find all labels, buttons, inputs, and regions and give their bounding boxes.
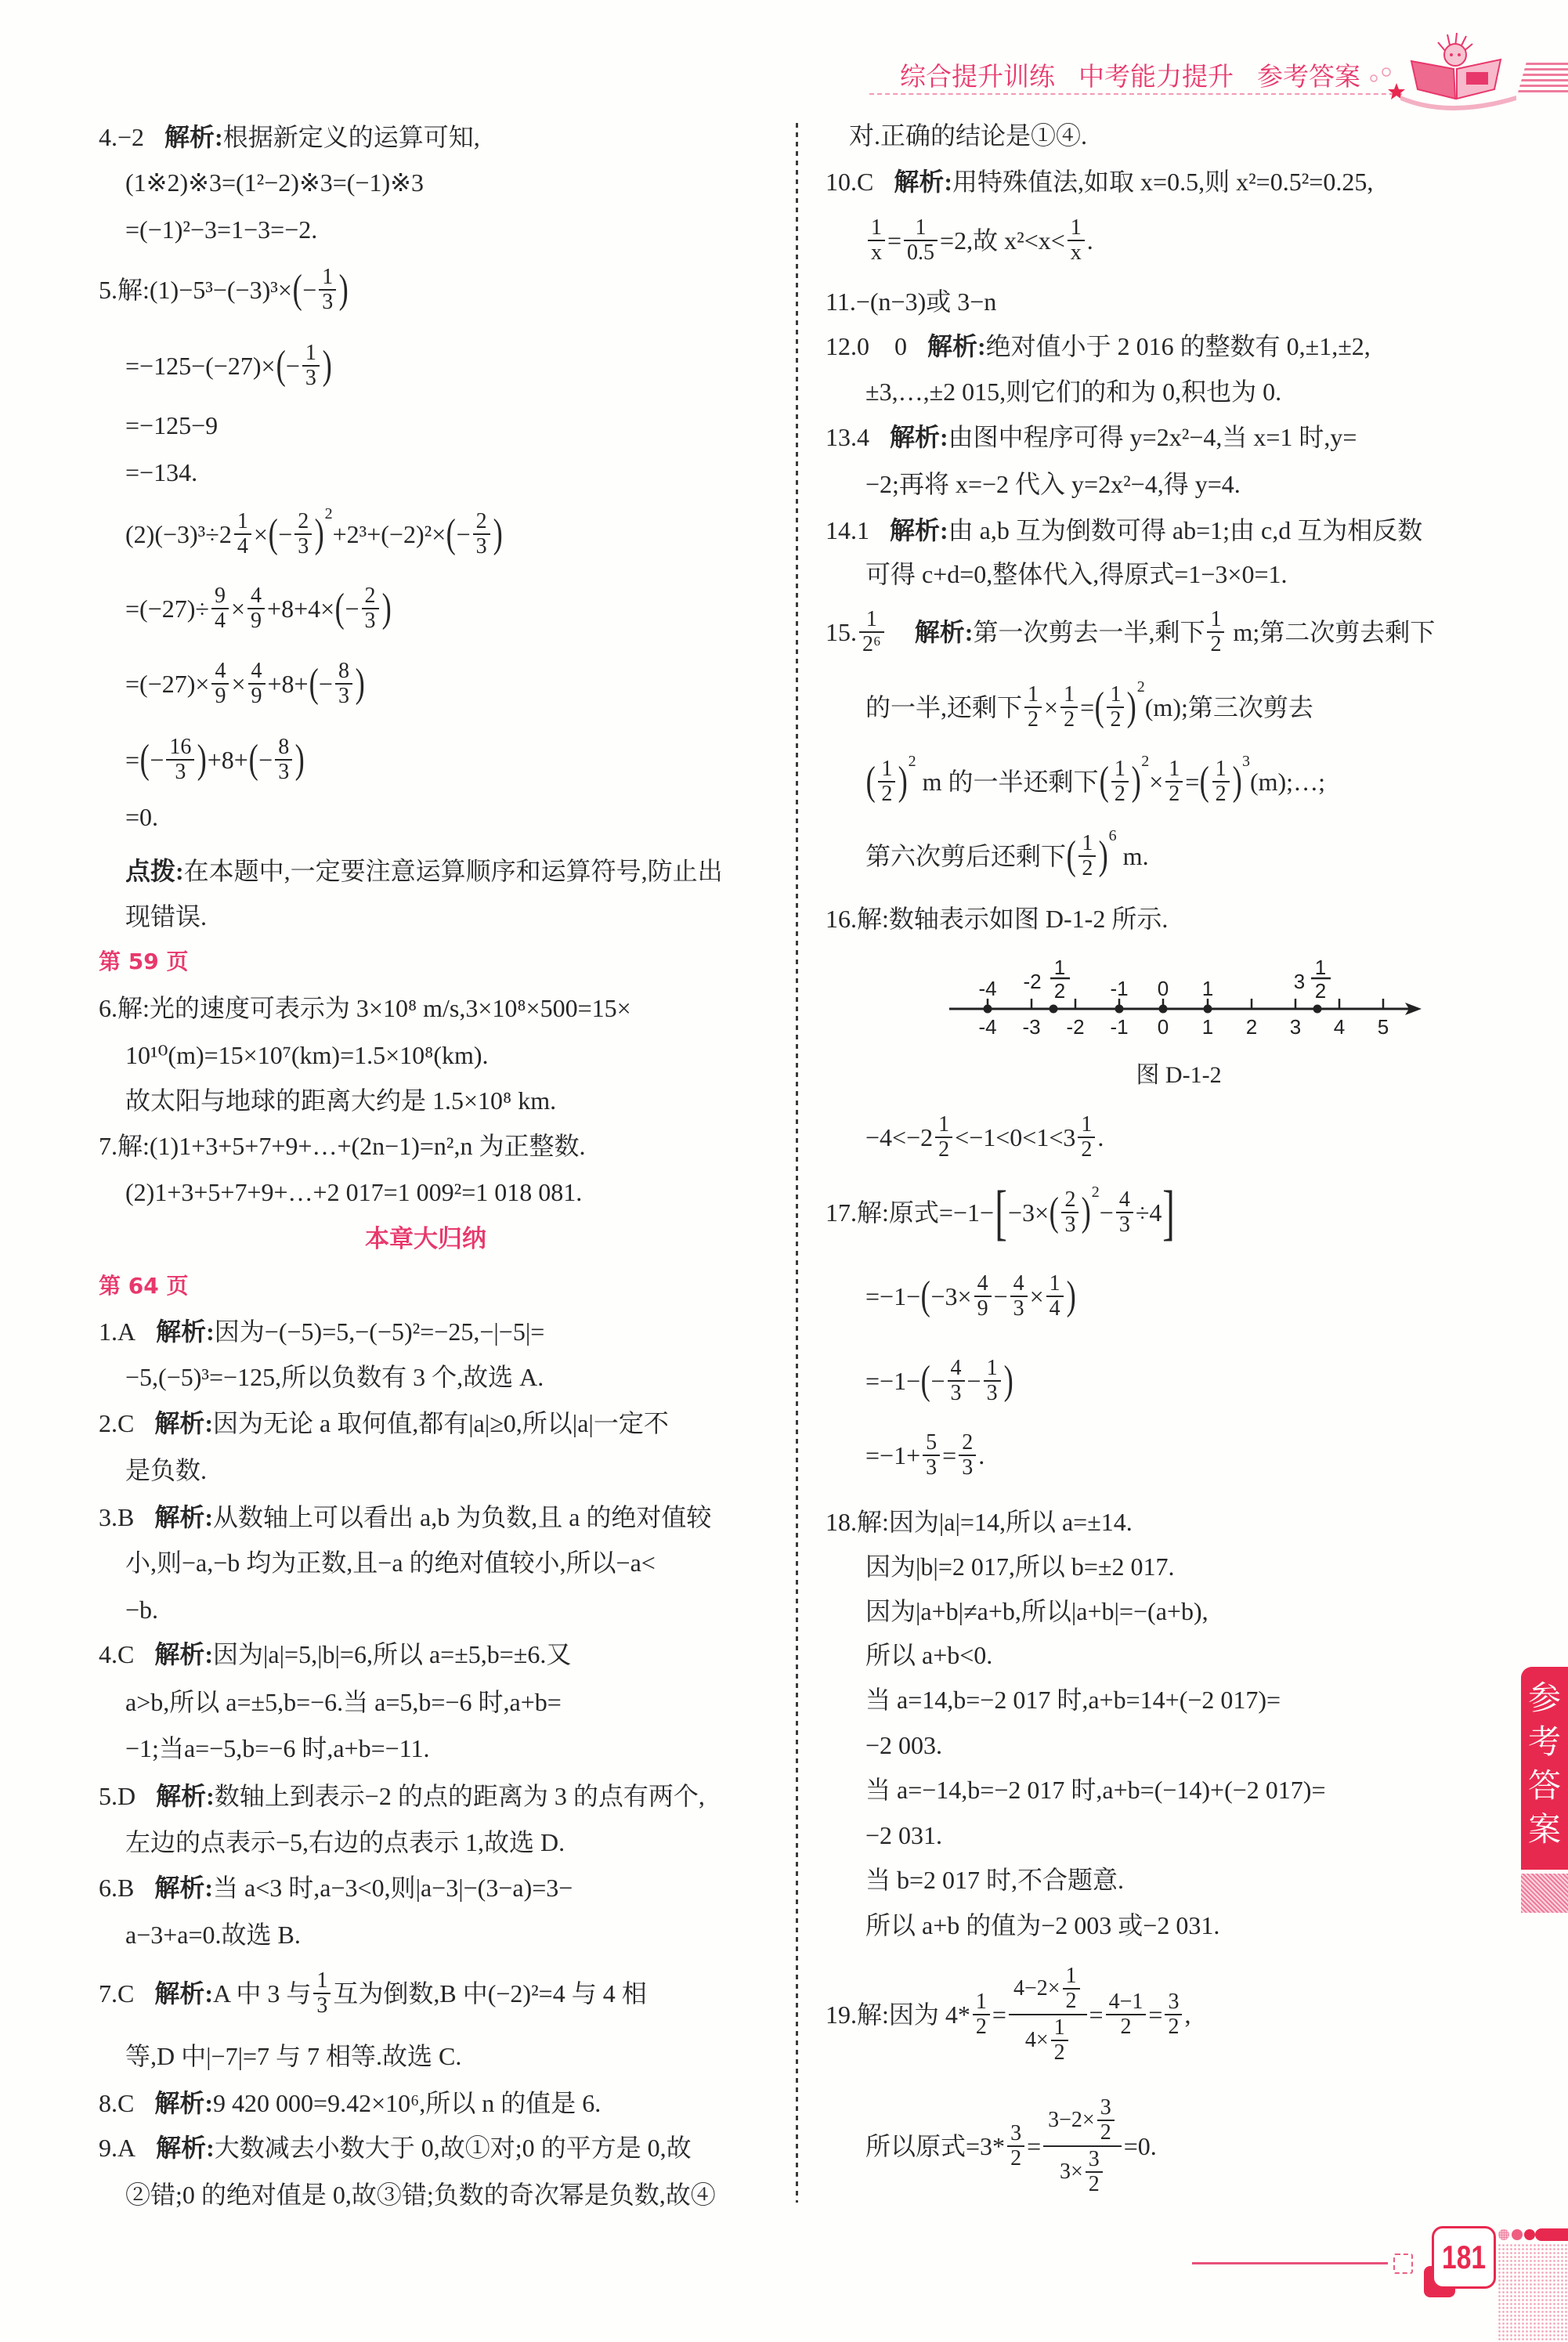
answer-fraction: 12⁶ [859, 609, 884, 656]
q5-part1-line-1: 5.解:(1)−5³−(−3)³× ( − 13 ) [99, 273, 349, 307]
numerator: 1 [912, 217, 930, 240]
analysis-text: 左边的点表示−5,右边的点表示 1,故选 D. [125, 1825, 565, 1860]
equals-sign: = [1185, 764, 1199, 799]
equals-sign: = [125, 743, 139, 777]
equals-sign: = [992, 1997, 1006, 2032]
fraction: 94 [211, 585, 229, 632]
tick-label: 0 [1158, 1015, 1169, 1039]
numerator: 1 [1078, 833, 1096, 855]
analysis-text: 当 a<3 时,a−3<0,则|a−3|−(3−a)=3− [213, 1870, 573, 1905]
analysis-label: 解析: [154, 1500, 213, 1534]
exponent: 2 [1141, 754, 1149, 769]
q18-line-1: 18.解:因为|a|=14,所以 a=±14. [826, 1505, 1133, 1539]
fraction: 49 [248, 660, 266, 707]
denominator: 3 [362, 608, 379, 632]
denominator: 2 [1086, 2171, 1103, 2196]
denominator: 3 [319, 289, 336, 313]
numerator: 1 [984, 1357, 1001, 1380]
fraction: 10.5 [904, 217, 938, 264]
fraction: 32 [1165, 1991, 1182, 2038]
denominator: 2⁶ [859, 631, 884, 656]
inequality-text: <−1<0<1<3 [955, 1120, 1075, 1155]
analysis-label: 解析: [154, 2086, 213, 2120]
q16-line-1: 16.解:数轴表示如图 D-1-2 所示. [826, 902, 1168, 936]
fraction: 12 [1212, 758, 1230, 805]
side-tab-answers: 参考答案 [1521, 1667, 1568, 1870]
q7c-line-2: 等,D 中|−7|=7 与 7 相等.故选 C. [125, 2039, 461, 2073]
q5d-line-1: 5.D 解析: 数轴上到表示−2 的点的距离为 3 的点有两个, [99, 1779, 705, 1813]
expression: =−134. [125, 455, 197, 490]
fraction: 83 [335, 660, 352, 707]
fraction: 13 [302, 342, 320, 389]
point-dot [1050, 1005, 1058, 1014]
left-paren: ( [446, 514, 456, 555]
numerator: 4 [948, 1357, 965, 1380]
q6-line-2: 10¹⁰(m)=15×10⁷(km)=1.5×10⁸(km). [125, 1038, 489, 1072]
denominator: 2 [1097, 2120, 1115, 2144]
right-paren: ) [381, 588, 391, 629]
analysis-text: 由图中程序可得 y=2x²−4,当 x=1 时,y= [948, 420, 1357, 454]
tick-label: 3 [1290, 1015, 1301, 1039]
numerator: 1 [234, 511, 251, 533]
minus-sign: − [345, 591, 359, 626]
header-stripes [1517, 63, 1568, 96]
question-number: 4.C [99, 1637, 134, 1672]
header-title-part-1: 综合提升训练 [900, 61, 1055, 92]
denominator: 2 [878, 781, 895, 805]
fraction: 43 [1116, 1189, 1133, 1236]
small-circle-icon [1382, 68, 1390, 76]
right-paren: ) [1099, 836, 1108, 876]
question-number: 14.1 [826, 513, 869, 548]
period: . [978, 1438, 985, 1473]
denominator: 2 [973, 2014, 990, 2038]
answer-text: −2 031. [865, 1818, 942, 1852]
fraction: 12 [1051, 2017, 1068, 2064]
right-paren: ) [1131, 761, 1140, 802]
page-number-box: 181 [1432, 2226, 1496, 2289]
exponent: 3 [1242, 754, 1250, 769]
answer-text: 当 b=2 017 时,不合题意. [865, 1863, 1124, 1897]
minus-sign: − [930, 1364, 945, 1398]
denominator: 2 [1107, 707, 1124, 731]
right-paren: ) [339, 269, 349, 310]
analysis-text: 可得 c+d=0,整体代入,得原式=1−3×0=1. [865, 557, 1288, 591]
exponent: 6 [1109, 828, 1117, 844]
right-paren: ) [1066, 1276, 1075, 1317]
fraction: 32 [1007, 2123, 1024, 2170]
fraction: 4−12 [1106, 1991, 1147, 2038]
answer-text: 当 a=−14,b=−2 017 时,a+b=(−14)+(−2 017)= [865, 1773, 1326, 1807]
q15-line-3: ( 12 ) 2 m 的一半还剩下 ( 12 ) 2 × 12 = ( 12 )… [865, 764, 1325, 799]
analysis-text: 的一半,还剩下 [865, 690, 1022, 725]
result-text: =0. [1124, 2129, 1157, 2163]
analysis-text: 大数减去小数大于 0,故①对;0 的平方是 0,故 [215, 2131, 692, 2165]
header-title: 综合提升训练中考能力提升参考答案 [900, 61, 1360, 92]
right-paren: ) [493, 514, 502, 555]
page-number: 181 [1442, 2239, 1486, 2276]
point-label-whole: 3 [1294, 970, 1305, 993]
numerator: 1 [973, 1991, 990, 2014]
numerator: 4 [211, 660, 229, 683]
answer-text: 所以 a+b<0. [865, 1638, 992, 1672]
q5-part2-line-1: (2)(−3)³÷2 14 × ( − 23 ) 2 +2³+(−2)²× ( … [125, 517, 503, 551]
q12-line-2: ±3,…,±2 015,则它们的和为 0,积也为 0. [865, 374, 1281, 409]
decor-dot-icon [1524, 2229, 1535, 2240]
analysis-text: 互为倒数,B 中(−2)²=4 与 4 相 [333, 1976, 646, 2011]
analysis-text: −b. [125, 1592, 158, 1627]
minus-sign: − [319, 667, 333, 701]
denominator: 3 [166, 759, 194, 783]
answer-text: 当 a=14,b=−2 017 时,a+b=14+(−2 017)= [865, 1682, 1281, 1717]
denominator: 3 [294, 533, 312, 558]
decor-dot-icon [1512, 2229, 1523, 2240]
analysis-label: 解析: [156, 1779, 215, 1813]
analysis-text: −1;当a=−5,b=−6 时,a+b=−11. [125, 1731, 430, 1766]
left-paren: ( [1050, 1192, 1059, 1233]
point-label: 1 [1202, 977, 1213, 1000]
expression: =−1− [865, 1279, 920, 1314]
expression: =0. [125, 800, 158, 834]
fraction: 12 [1111, 758, 1129, 805]
numerator-text: 4−2× [1013, 1978, 1060, 2000]
expression: =−1+ [865, 1438, 920, 1473]
expression: 19.解:因为 4* [826, 1997, 970, 2032]
expression: −3× [1008, 1195, 1049, 1230]
analysis-text: 由 a,b 互为倒数可得 ab=1;由 c,d 互为相反数 [948, 513, 1423, 548]
q4-answer-line: 4.−2 解析: 根据新定义的运算可知, [99, 120, 480, 154]
numerator: 1 [1107, 684, 1124, 707]
point-label: -4 [978, 977, 996, 1000]
denominator: 3 [984, 1380, 1001, 1404]
analysis-text: 从数轴上可以看出 a,b 为负数,且 a 的绝对值较 [213, 1500, 711, 1534]
right-paren: ) [323, 345, 332, 386]
operator: × [1044, 690, 1058, 725]
right-paren: ) [1127, 687, 1136, 728]
denominator: 0.5 [904, 240, 938, 264]
answer-text: 因为|a+b|≠a+b,所以|a+b|=−(a+b), [865, 1594, 1209, 1628]
fraction: 12 [1024, 684, 1042, 731]
numerator: 9 [211, 585, 229, 608]
page-59-heading: 第 59 页 [99, 945, 188, 979]
minus-sign: − [994, 1279, 1008, 1314]
numerator: 1 [868, 217, 885, 240]
denominator: 3 [275, 759, 292, 783]
left-paren: ( [309, 663, 318, 704]
equals-sign: = [887, 223, 901, 258]
numerator: 4−2×12 [1009, 1964, 1087, 2014]
question-number: 12.0 0 [826, 329, 907, 363]
denominator: 3 [473, 533, 490, 558]
q4c-line-2: a>b,所以 a=±5,b=−6.当 a=5,b=−6 时,a+b= [125, 1685, 562, 1719]
fraction: 12 [1060, 684, 1078, 731]
minus-sign: − [258, 743, 273, 777]
numerator: 1 [1046, 1273, 1064, 1296]
right-paren: ) [356, 663, 365, 704]
denominator: 3 [1010, 1296, 1028, 1320]
fraction: 12 [1063, 1965, 1080, 2012]
analysis-text: A 中 3 与 [213, 1976, 311, 2011]
expression: −3× [930, 1279, 971, 1314]
analysis-label: 解析: [156, 1314, 215, 1349]
point-dot [1159, 1005, 1168, 1014]
operator: × [231, 591, 245, 626]
point-label-denominator: 2 [1054, 979, 1065, 1003]
answer-text: (2)1+3+5+7+9+…+2 017=1 009²=1 018 081. [125, 1175, 582, 1209]
left-paren: ( [248, 739, 258, 780]
denominator: 3 [335, 683, 352, 707]
numerator: 1 [863, 609, 880, 631]
q10-line-2: 1x = 10.5 =2,故 x²<x< 1x . [865, 223, 1093, 258]
q5-part1-line-4: =−134. [125, 455, 197, 490]
q4c-line-3: −1;当a=−5,b=−6 时,a+b=−11. [125, 1731, 430, 1766]
analysis-text: 等,D 中|−7|=7 与 7 相等.故选 C. [125, 2039, 461, 2073]
decor-pattern [1498, 2243, 1568, 2342]
dashed-square-icon [1393, 2253, 1413, 2274]
analysis-text: ±3,…,±2 015,则它们的和为 0,积也为 0. [865, 374, 1281, 409]
question-number: 5.D [99, 1779, 135, 1813]
expression: 所以原式=3* [865, 2129, 1005, 2163]
numerator: 1 [1212, 758, 1230, 781]
left-paren: ( [921, 1276, 930, 1317]
number-line-figure: -4 -3 -2 -1 0 1 2 3 4 5 -4 -2 1 2 -1 0 1… [932, 952, 1433, 1050]
header-title-part-2: 中考能力提升 [1078, 61, 1234, 92]
numerator: 4 [974, 1273, 992, 1296]
q11-line: 11.−(n−3)或 3−n [826, 284, 996, 319]
minus-sign: − [302, 273, 316, 307]
numerator: 1 [1111, 758, 1129, 781]
q4-calc-line-2: (1※2)※3=(1²−2)※3=(−1)※3 [125, 165, 424, 200]
numerator: 1 [935, 1114, 952, 1137]
expression: (2)(−3)³÷2 [125, 517, 232, 551]
numerator: 4 [1010, 1273, 1028, 1296]
numerator-text: 3−2× [1048, 2109, 1095, 2131]
numerator: 1 [1165, 758, 1183, 781]
denominator: 2 [1165, 781, 1183, 805]
fraction: 13 [313, 1970, 331, 2017]
q17-line-4: =−1+ 53 = 23 . [865, 1438, 985, 1473]
left-paren: ( [293, 269, 302, 310]
question-number: 13.4 [826, 420, 869, 454]
fraction: 23 [1061, 1189, 1078, 1236]
comma: , [1184, 1997, 1190, 2032]
analysis-label: 解析: [894, 164, 952, 199]
q16-inequality-line: −4<−2 12 <−1<0<1<3 12 . [865, 1120, 1104, 1155]
point-label-whole: -2 [1023, 970, 1041, 993]
point-label-denominator: 2 [1315, 979, 1326, 1003]
q5-part2-line-4: = ( − 163 ) +8+ ( − 83 ) [125, 743, 305, 777]
denominator: 2 [1106, 2014, 1147, 2038]
q6b-line-2: a−3+a=0.故选 B. [125, 1917, 301, 1952]
q15-line-2: 的一半,还剩下 12 × 12 = ( 12 ) 2 (m);第三次剪去 [865, 690, 1313, 725]
numerator: 3 [1097, 2097, 1115, 2120]
q5-part1-line-2: =−125−(−27)× ( − 13 ) [125, 349, 332, 383]
answer-text: −2 003. [865, 1728, 942, 1762]
q3-line-2: 小,则−a,−b 均为正数,且−a 的绝对值较小,所以−a< [125, 1545, 656, 1580]
right-paren: ) [898, 761, 908, 802]
q5-part2-line-5: =0. [125, 800, 158, 834]
equals-sign: = [1027, 2129, 1041, 2163]
numerator: 4 [247, 585, 265, 608]
tip-line-2: 现错误. [125, 899, 207, 934]
numerator: 1 [1024, 684, 1042, 707]
q18-line-3: 因为|a+b|≠a+b,所以|a+b|=−(a+b), [865, 1594, 1209, 1628]
expression: =(−27)× [125, 667, 209, 701]
point-label-numerator: 1 [1054, 956, 1065, 979]
left-paren: ( [276, 345, 285, 386]
answer-text: 6.解:光的速度可表示为 3×10⁸ m/s,3×10⁸×500=15× [99, 991, 631, 1025]
numerator: 1 [1078, 1114, 1095, 1137]
expression: +2³+(−2)²× [333, 517, 446, 551]
fraction: 14 [234, 511, 251, 558]
figure-caption: 图 D-1-2 [1124, 1060, 1234, 1091]
numerator: 4 [1116, 1189, 1133, 1212]
analysis-label: 解析: [154, 1406, 213, 1440]
numerator: 3 [1165, 1991, 1182, 2014]
analysis-text: 绝对值小于 2 016 的整数有 0,±1,±2, [986, 329, 1371, 363]
minus-sign: − [967, 1364, 981, 1398]
expression: =−125−9 [125, 408, 218, 443]
equals-sign: = [942, 1438, 956, 1473]
q17-line-1: 17.解:原式=−1− [ −3× ( 23 ) 2 − 43 ÷4 ] [826, 1195, 1176, 1230]
fraction: 13 [984, 1357, 1001, 1404]
expression: +8+ [268, 667, 309, 701]
fraction: 83 [275, 736, 292, 783]
denominator: 2 [1024, 707, 1042, 731]
period: . [1097, 1120, 1104, 1155]
analysis-text: m. [1117, 839, 1149, 873]
denominator: 2 [935, 1137, 952, 1161]
numerator: 2 [294, 511, 312, 533]
expression: ÷4 [1136, 1195, 1162, 1230]
section-heading: 第 64 页 [99, 1269, 188, 1303]
q7c-line-1: 7.C 解析: A 中 3 与 13 互为倒数,B 中(−2)²=4 与 4 相 [99, 1976, 647, 2011]
tick-label: -3 [1022, 1015, 1040, 1039]
analysis-text: 数轴上到表示−2 的点的距离为 3 的点有两个, [215, 1779, 705, 1813]
numerator: 1 [1051, 2017, 1068, 2040]
analysis-label: 解析: [164, 120, 223, 154]
fraction: 43 [948, 1357, 965, 1404]
denominator: 9 [974, 1296, 992, 1320]
minus-sign: − [150, 743, 164, 777]
analysis-text: −5,(−5)³=−125,所以负数有 3 个,故选 A. [125, 1360, 544, 1394]
expression: (1※2)※3=(1²−2)※3=(−1)※3 [125, 165, 424, 200]
complex-fraction: 3−2×32 3×32 [1043, 2095, 1122, 2197]
fraction: 32 [1097, 2097, 1115, 2144]
analysis-text: a>b,所以 a=±5,b=−6.当 a=5,b=−6 时,a+b= [125, 1685, 562, 1719]
fraction: 12 [1165, 758, 1183, 805]
equals-sign: = [1080, 690, 1094, 725]
q8c-line-1: 8.C 解析: 9 420 000=9.42×10⁶,所以 n 的值是 6. [99, 2086, 601, 2120]
q18-line-5: 当 a=14,b=−2 017 时,a+b=14+(−2 017)= [865, 1682, 1281, 1717]
analysis-text: 第六次剪后还剩下 [865, 839, 1066, 873]
numerator: 1 [1068, 217, 1085, 240]
section-heading: 本章大归纳 [365, 1222, 486, 1256]
left-paren: ( [140, 739, 150, 780]
analysis-label: 解析: [154, 1976, 213, 2011]
denominator: 3 [313, 1993, 331, 2017]
q4c-line-1: 4.C 解析: 因为|a|=5,|b|=6,所以 a=±5,b=±6.又 [99, 1637, 571, 1672]
q9a-line-3: 对.正确的结论是①④. [849, 118, 1087, 153]
q18-line-4: 所以 a+b<0. [865, 1638, 992, 1672]
denominator: 3 [1061, 1212, 1078, 1236]
analysis-text: 用特殊值法,如取 x=0.5,则 x²=0.5²=0.25, [952, 164, 1373, 199]
operator: × [1149, 764, 1163, 799]
fraction: 12 [1107, 684, 1124, 731]
q13-line-1: 13.4 解析: 由图中程序可得 y=2x²−4,当 x=1 时,y= [826, 420, 1357, 454]
analysis-label: 解析: [890, 513, 948, 548]
fraction: 1x [868, 217, 885, 264]
analysis-text: (m);…; [1250, 764, 1325, 799]
numerator: 16 [166, 736, 194, 759]
expression: =−1− [865, 1364, 920, 1398]
question-number: 10.C [826, 164, 873, 199]
denominator: 3 [302, 365, 320, 389]
q18-line-2: 因为|b|=2 017,所以 b=±2 017. [865, 1549, 1174, 1584]
fraction: 32 [1086, 2149, 1103, 2196]
answer-text: 因为|b|=2 017,所以 b=±2 017. [865, 1549, 1174, 1584]
answer-text: 故太阳与地球的距离大约是 1.5×10⁸ km. [125, 1083, 556, 1118]
expression: =−125−(−27)× [125, 349, 276, 383]
answer-text: 7.解:(1)1+3+5+7+9+…+(2n−1)=n²,n 为正整数. [99, 1129, 586, 1163]
fraction: 53 [923, 1432, 940, 1479]
operator: × [254, 517, 268, 551]
q4-calc-line-3: =(−1)²−3=1−3=−2. [125, 212, 317, 247]
denominator: 3 [959, 1455, 976, 1479]
numerator: 3 [1086, 2149, 1103, 2171]
numerator: 1 [319, 266, 336, 289]
minus-sign: − [1100, 1195, 1114, 1230]
numerator: 8 [335, 660, 352, 683]
left-paren: ( [1200, 761, 1209, 802]
denominator: 2 [1111, 781, 1129, 805]
analysis-text: 小,则−a,−b 均为正数,且−a 的绝对值较小,所以−a< [125, 1545, 656, 1580]
denominator: 9 [247, 608, 265, 632]
q5-part1-line-3: =−125−9 [125, 408, 218, 443]
side-tab-hatch [1521, 1874, 1568, 1913]
answer-text: 10¹⁰(m)=15×10⁷(km)=1.5×10⁸(km). [125, 1038, 489, 1072]
tip-line-1: 点拨: 在本题中,一定要注意运算顺序和运算符号,防止出 [125, 854, 723, 888]
numerator: 1 [878, 758, 895, 781]
minus-sign: − [457, 517, 471, 551]
question-number: 15. [826, 615, 857, 649]
point-labels: -4 -2 1 2 -1 0 1 3 1 2 [978, 956, 1331, 1003]
fraction: 23 [959, 1432, 976, 1479]
q5d-line-2: 左边的点表示−5,右边的点表示 1,故选 D. [125, 1825, 565, 1860]
q15-line-1: 15. 12⁶ 解析: 第一次剪去一半,剩下 12 m;第二次剪去剩下 [826, 615, 1435, 649]
point-dot [1115, 1005, 1124, 1014]
left-paren: ( [866, 761, 876, 802]
q7-line-1: 7.解:(1)1+3+5+7+9+…+(2n−1)=n²,n 为正整数. [99, 1129, 586, 1163]
analysis-text: =2,故 x²<x< [940, 223, 1065, 258]
question-number: 1.A [99, 1314, 135, 1349]
tick-label: 1 [1202, 1015, 1213, 1039]
exponent: 2 [325, 506, 333, 522]
inequality-text: −4<−2 [865, 1120, 933, 1155]
denominator: 2 [1060, 707, 1078, 731]
question-number: 9.A [99, 2131, 135, 2165]
fraction: 163 [166, 736, 194, 783]
point-label-numerator: 1 [1315, 956, 1326, 979]
expression: =(−1)²−3=1−3=−2. [125, 212, 317, 247]
analysis-text: 根据新定义的运算可知, [223, 120, 480, 154]
denominator: 3 [923, 1455, 940, 1479]
equals-sign: = [1148, 1997, 1162, 2032]
tip-label: 点拨: [125, 854, 184, 888]
point-dot [1313, 1005, 1322, 1014]
analysis-label: 解析: [156, 2131, 215, 2165]
answer-text: 所以 a+b 的值为−2 003 或−2 031. [865, 1908, 1219, 1943]
